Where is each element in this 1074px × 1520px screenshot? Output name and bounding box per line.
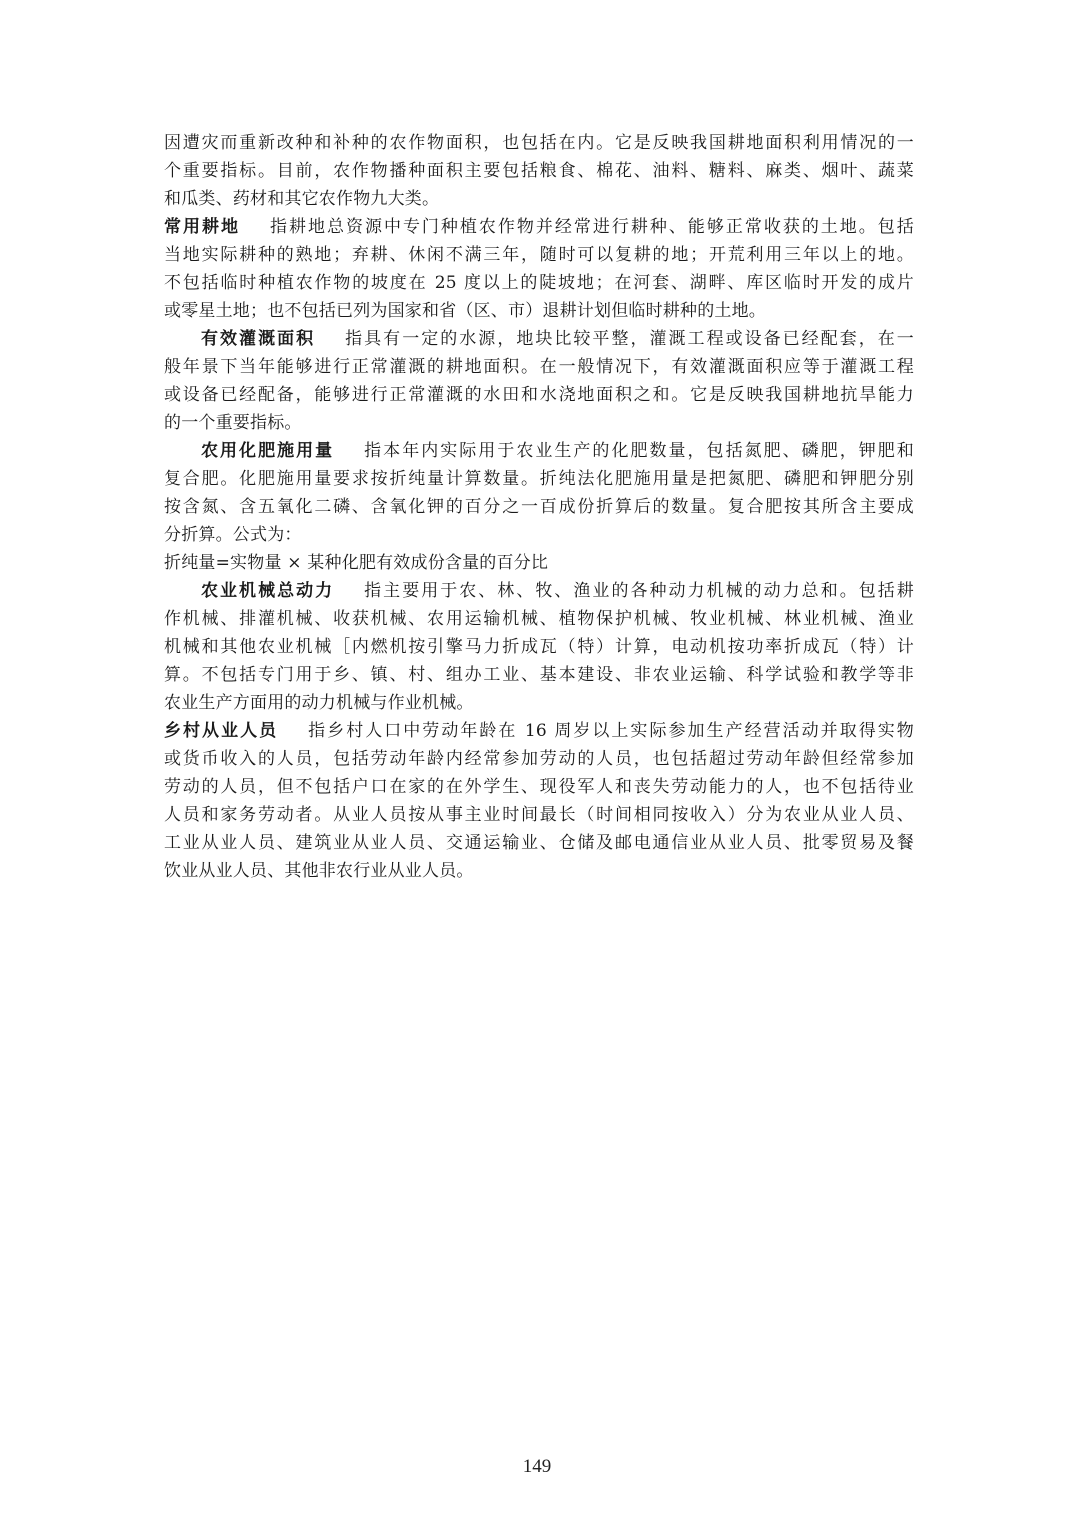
text-line: 作机械、排灌机械、收获机械、农用运输机械、植物保护机械、牧业机械、林业机械、渔业	[164, 605, 914, 633]
text-line: 当地实际耕种的熟地；弃耕、休闲不满三年，随时可以复耕的地；开荒利用三年以上的地。	[164, 241, 914, 269]
text-line: 或货币收入的人员，包括劳动年龄内经常参加劳动的人员，也包括超过劳动年龄但经常参加	[164, 745, 914, 773]
text-line: 按含氮、含五氧化二磷、含氧化钾的百分之一百成份折算后的数量。复合肥按其所含主要成	[164, 493, 914, 521]
text-line: 农业机械总动力指主要用于农、林、牧、渔业的各种动力机械的动力总和。包括耕	[164, 577, 914, 605]
definition-fertilizer-use: 农用化肥施用量指本年内实际用于农业生产的化肥数量，包括氮肥、磷肥，钾肥和 复合肥…	[164, 437, 914, 549]
definition-effective-irrigated-area: 有效灌溉面积指具有一定的水源，地块比较平整，灌溉工程或设备已经配套，在一 般年景…	[164, 325, 914, 437]
term-heading: 常用耕地	[164, 217, 240, 237]
term-heading: 农用化肥施用量	[201, 441, 334, 461]
definition-text: 指乡村人口中劳动年龄在 16 周岁以上实际参加生产经营活动并取得实物	[308, 721, 914, 741]
text-line: 算。不包括专门用于乡、镇、村、组办工业、基本建设、非农业运输、科学试验和教学等非	[164, 661, 914, 689]
text-line: 农业生产方面用的动力机械与作业机械。	[164, 689, 914, 717]
definition-rural-employees: 乡村从业人员指乡村人口中劳动年龄在 16 周岁以上实际参加生产经营活动并取得实物…	[164, 717, 914, 885]
text-line: 分折算。公式为：	[164, 521, 914, 549]
formula-line: 折纯量=实物量 × 某种化肥有效成份含量的百分比	[164, 549, 914, 577]
page-number: 149	[0, 1456, 1074, 1478]
text-line: 机械和其他农业机械［内燃机按引擎马力折成瓦（特）计算，电动机按功率折成瓦（特）计	[164, 633, 914, 661]
definition-text: 指耕地总资源中专门种植农作物并经常进行耕种、能够正常收获的土地。包括	[270, 217, 914, 237]
text-line: 工业从业人员、建筑业从业人员、交通运输业、仓储及邮电通信业从业人员、批零贸易及餐	[164, 829, 914, 857]
text-line: 乡村从业人员指乡村人口中劳动年龄在 16 周岁以上实际参加生产经营活动并取得实物	[164, 717, 914, 745]
text-line: 因遭灾而重新改种和补种的农作物面积，也包括在内。它是反映我国耕地面积利用情况的一	[164, 129, 914, 157]
text-line: 常用耕地指耕地总资源中专门种植农作物并经常进行耕种、能够正常收获的土地。包括	[164, 213, 914, 241]
text-line: 般年景下当年能够进行正常灌溉的耕地面积。在一般情况下，有效灌溉面积应等于灌溉工程	[164, 353, 914, 381]
term-heading: 乡村从业人员	[164, 721, 278, 741]
page-body: 因遭灾而重新改种和补种的农作物面积，也包括在内。它是反映我国耕地面积利用情况的一…	[164, 129, 914, 885]
term-heading: 有效灌溉面积	[201, 329, 315, 349]
text-line: 饮业从业人员、其他非农行业从业人员。	[164, 857, 914, 885]
text-line: 有效灌溉面积指具有一定的水源，地块比较平整，灌溉工程或设备已经配套，在一	[164, 325, 914, 353]
text-line: 不包括临时种植农作物的坡度在 25 度以上的陡坡地；在河套、湖畔、库区临时开发的…	[164, 269, 914, 297]
text-line: 的一个重要指标。	[164, 409, 914, 437]
definition-text: 指主要用于农、林、牧、渔业的各种动力机械的动力总和。包括耕	[364, 581, 914, 601]
text-line: 或零星土地；也不包括已列为国家和省（区、市）退耕计划但临时耕种的土地。	[164, 297, 914, 325]
definition-common-farmland: 常用耕地指耕地总资源中专门种植农作物并经常进行耕种、能够正常收获的土地。包括 当…	[164, 213, 914, 325]
formula: 折纯量=实物量 × 某种化肥有效成份含量的百分比	[164, 549, 914, 577]
paragraph-continuation: 因遭灾而重新改种和补种的农作物面积，也包括在内。它是反映我国耕地面积利用情况的一…	[164, 129, 914, 213]
term-heading: 农业机械总动力	[201, 581, 334, 601]
text-line: 农用化肥施用量指本年内实际用于农业生产的化肥数量，包括氮肥、磷肥，钾肥和	[164, 437, 914, 465]
definition-text: 指具有一定的水源，地块比较平整，灌溉工程或设备已经配套，在一	[345, 329, 914, 349]
text-line: 或设备已经配备，能够进行正常灌溉的水田和水浇地面积之和。它是反映我国耕地抗旱能力	[164, 381, 914, 409]
text-line: 劳动的人员，但不包括户口在家的在外学生、现役军人和丧失劳动能力的人，也不包括待业	[164, 773, 914, 801]
text-line: 和瓜类、药材和其它农作物九大类。	[164, 185, 914, 213]
text-line: 人员和家务劳动者。从业人员按从事主业时间最长（时间相同按收入）分为农业从业人员、	[164, 801, 914, 829]
definition-text: 指本年内实际用于农业生产的化肥数量，包括氮肥、磷肥，钾肥和	[364, 441, 914, 461]
text-line: 个重要指标。目前，农作物播种面积主要包括粮食、棉花、油料、糖料、麻类、烟叶、蔬菜	[164, 157, 914, 185]
definition-machinery-power: 农业机械总动力指主要用于农、林、牧、渔业的各种动力机械的动力总和。包括耕 作机械…	[164, 577, 914, 717]
text-line: 复合肥。化肥施用量要求按折纯量计算数量。折纯法化肥施用量是把氮肥、磷肥和钾肥分别	[164, 465, 914, 493]
